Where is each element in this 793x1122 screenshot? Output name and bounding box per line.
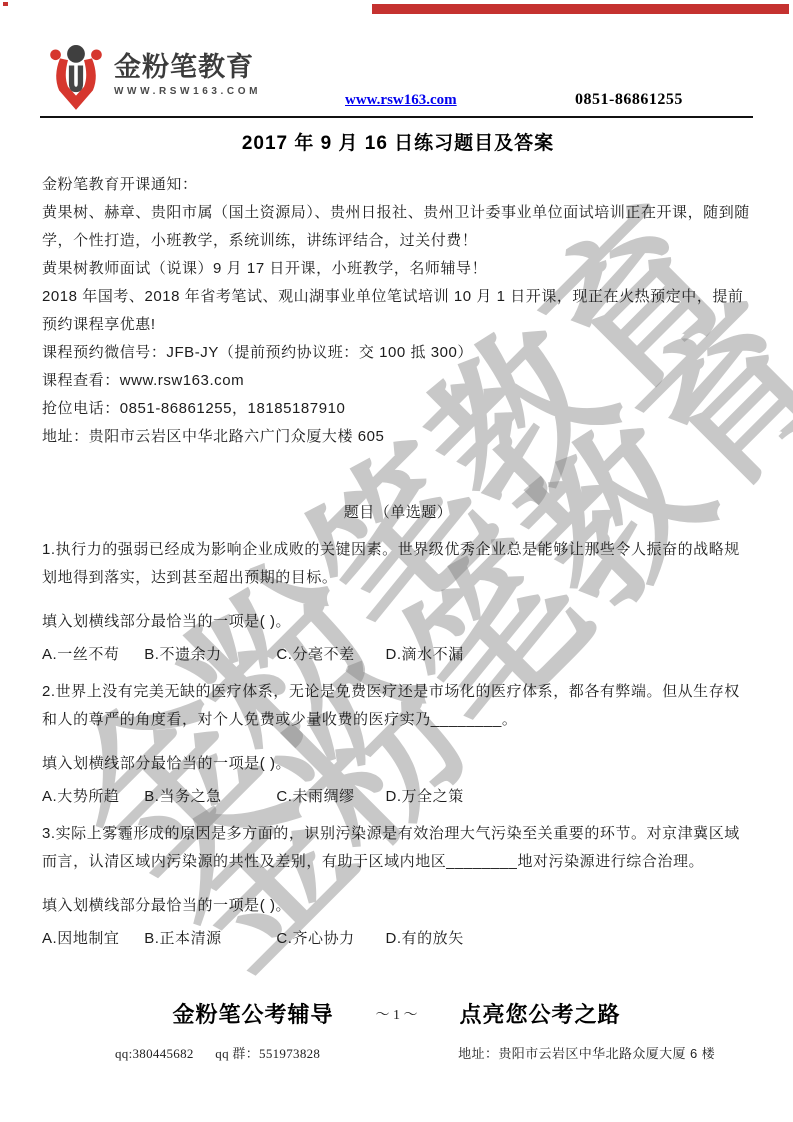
option-d: D.万全之策 [385, 786, 463, 808]
site-link[interactable]: www.rsw163.com [345, 92, 457, 109]
top-red-bar [372, 4, 789, 14]
notice-line: 地址：贵阳市云岩区中华北路六广门众厦大楼 605 [42, 423, 754, 451]
question-options: A.因地制宜 B.正本清源 C.齐心协力 D.有的放矢 [42, 928, 754, 950]
option-b: B.不遗余力 [144, 644, 221, 666]
option-c: C.分毫不差 [276, 644, 354, 666]
document-content: 2017 年 9 月 16 日练习题目及答案 金粉笔教育开课通知： 黄果树、赫章… [42, 128, 754, 950]
question-2: 2.世界上没有完美无缺的医疗体系，无论是免费医疗还是市场化的医疗体系，都各有弊端… [42, 678, 754, 808]
question-stem: 2.世界上没有完美无缺的医疗体系，无论是免费医疗还是市场化的医疗体系，都各有弊端… [42, 678, 754, 734]
option-a: A.一丝不苟 [42, 644, 119, 666]
question-options: A.一丝不苟 B.不遗余力 C.分毫不差 D.滴水不漏 [42, 644, 754, 666]
option-b: B.正本清源 [144, 928, 221, 950]
notice-line: 2018 年国考、2018 年省考笔试、观山湖事业单位笔试培训 10 月 1 日… [42, 283, 754, 339]
footer-brand: 金粉笔公考辅导 [172, 998, 333, 1029]
logo-subtitle: WWW.RSW163.COM [114, 86, 261, 97]
option-a: A.因地制宜 [42, 928, 119, 950]
option-d: D.滴水不漏 [385, 644, 463, 666]
notice-line: 黄果树、赫章、贵阳市属（国土资源局）、贵州日报社、贵州卫计委事业单位面试培训正在… [42, 199, 754, 255]
notice-line: 金粉笔教育开课通知： [42, 171, 754, 199]
footer-qq: qq:380445682 [115, 1046, 194, 1061]
question-stem: 3.实际上雾霾形成的原因是多方面的，识别污染源是有效治理大气污染至关重要的环节。… [42, 820, 754, 876]
footer-qq-line: qq:380445682 qq 群：551973828 [115, 1043, 320, 1062]
section-heading: 题目（单选题） [42, 501, 754, 522]
page-number: ～ 1 ～ [376, 1004, 418, 1024]
question-3: 3.实际上雾霾形成的原因是多方面的，识别污染源是有效治理大气污染至关重要的环节。… [42, 820, 754, 950]
document-page: 金粉笔教育 金粉笔教育 金粉笔教育 WWW.RSW163.COM www.rsw… [0, 0, 793, 1122]
option-b: B.当务之急 [144, 786, 221, 808]
notice-line: 抢位电话：0851-86861255，18185187910 [42, 395, 754, 423]
logo: 金粉笔教育 WWW.RSW163.COM [44, 42, 261, 112]
question-options: A.大势所趋 B.当务之急 C.未雨绸缪 D.万全之策 [42, 786, 754, 808]
option-a: A.大势所趋 [42, 786, 119, 808]
question-prompt: 填入划横线部分最恰当的一项是( )。 [42, 895, 754, 917]
question-prompt: 填入划横线部分最恰当的一项是( )。 [42, 753, 754, 775]
top-red-dot [3, 2, 8, 6]
option-c: C.未雨绸缪 [276, 786, 354, 808]
footer-qq-group: qq 群：551973828 [215, 1046, 320, 1061]
notice-line: 黄果树教师面试（说课）9 月 17 日开课，小班教学，名师辅导！ [42, 255, 754, 283]
question-stem: 1.执行力的强弱已经成为影响企业成败的关键因素。世界级优秀企业总是能够让那些令人… [42, 536, 754, 592]
option-d: D.有的放矢 [385, 928, 463, 950]
header-phone: 0851-86861255 [575, 91, 683, 109]
footer-address: 地址：贵阳市云岩区中华北路众厦大厦 6 楼 [458, 1043, 715, 1062]
notice-line: 课程查看：www.rsw163.com [42, 367, 754, 395]
page-header: 金粉笔教育 WWW.RSW163.COM www.rsw163.com 0851… [40, 40, 753, 118]
logo-text-block: 金粉笔教育 WWW.RSW163.COM [114, 42, 261, 97]
question-1: 1.执行力的强弱已经成为影响企业成败的关键因素。世界级优秀企业总是能够让那些令人… [42, 536, 754, 666]
footer-slogan: 金粉笔公考辅导 ～ 1 ～ 点亮您公考之路 [0, 998, 793, 1029]
question-prompt: 填入划横线部分最恰当的一项是( )。 [42, 611, 754, 633]
notice-line: 课程预约微信号：JFB-JY（提前预约协议班：交 100 抵 300） [42, 339, 754, 367]
logo-icon [44, 42, 108, 112]
logo-title: 金粉笔教育 [114, 52, 261, 83]
document-title: 2017 年 9 月 16 日练习题目及答案 [42, 128, 754, 155]
footer-tagline: 点亮您公考之路 [460, 998, 621, 1029]
option-c: C.齐心协力 [276, 928, 354, 950]
